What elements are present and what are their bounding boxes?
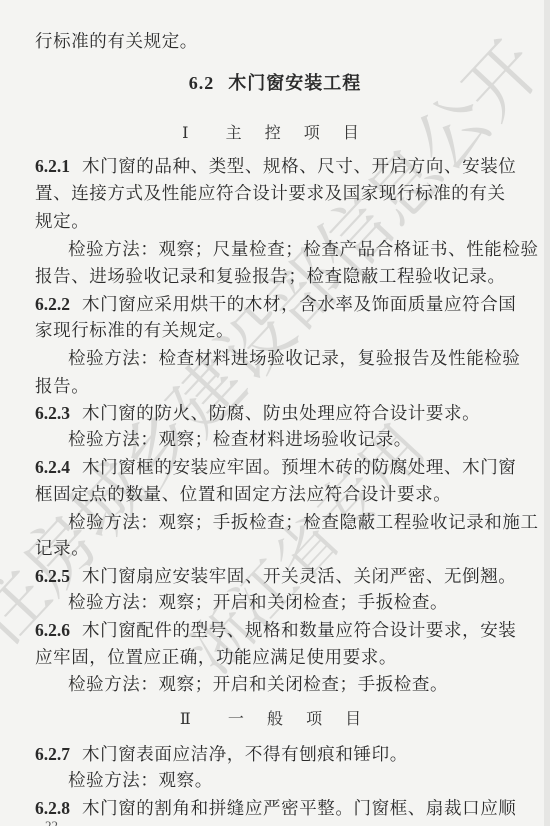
clause-6-2-5-method-1: 检验方法：观察；开启和关闭检查；手扳检查。 [68,592,548,614]
clause-number: 6.2.5 [35,566,70,586]
subsection-heading-general: Ⅱ 一 般 项 目 [0,706,550,729]
clause-6-2-4-method-1: 检验方法：观察；手扳检查；检查隐蔽工程验收记录和施工 [68,512,548,534]
clause-6-2-2-line-1: 6.2.2木门窗应采用烘干的木材，含水率及饰面质量应符合国 [35,293,515,316]
clause-6-2-6-line-1: 6.2.6木门窗配件的型号、规格和数量应符合设计要求，安装 [35,619,515,642]
clause-6-2-7-line-1: 6.2.7木门窗表面应洁净，不得有刨痕和锤印。 [35,743,515,766]
clause-6-2-4-line-1: 6.2.4木门窗框的安装应牢固。预埋木砖的防腐处理、木门窗 [35,456,515,479]
clause-number: 6.2.2 [35,294,70,314]
clause-6-2-5-line-1: 6.2.5木门窗扇应安装牢固、开关灵活、关闭严密、无倒翘。 [35,565,515,588]
clause-text: 木门窗框的安装应牢固。预埋木砖的防腐处理、木门窗 [82,458,516,478]
clause-6-2-7-method-1: 检验方法：观察。 [68,770,548,792]
lead-line: 行标准的有关规定。 [35,31,515,53]
section-heading: 6.2木门窗安装工程 [0,69,550,95]
clause-number: 6.2.3 [35,403,70,423]
clause-6-2-1-line-3: 规定。 [35,211,515,233]
clause-text: 木门窗应采用烘干的木材，含水率及饰面质量应符合国 [82,295,516,315]
clause-6-2-6-line-2: 应牢固，位置应正确，功能应满足使用要求。 [35,647,515,669]
clause-6-2-1-method-2: 报告、进场验收记录和复验报告；检查隐蔽工程验收记录。 [35,266,515,288]
document-page: 住房城乡建设部信息公开 浙江省专用 行标准的有关规定。 6.2木门窗安装工程 Ⅰ… [0,0,550,826]
clause-6-2-4-method-2: 记录。 [35,538,515,560]
page-number: 22 [45,818,58,826]
clause-6-2-3-line-1: 6.2.3木门窗的防火、防腐、防虫处理应符合设计要求。 [35,402,515,425]
clause-number: 6.2.8 [35,798,70,818]
subsection-roman: Ⅱ [180,709,200,728]
clause-6-2-2-method-2: 报告。 [35,376,515,398]
clause-text: 木门窗表面应洁净，不得有刨痕和锤印。 [82,745,408,765]
clause-6-2-1-line-1: 6.2.1木门窗的品种、类型、规格、尺寸、开启方向、安装位 [35,155,515,178]
clause-6-2-1-line-2: 置、连接方式及性能应符合设计要求及国家现行标准的有关 [35,183,515,205]
clause-6-2-8-line-1: 6.2.8木门窗的割角和拼缝应严密平整。门窗框、扇裁口应顺 [35,797,515,820]
clause-text: 木门窗的割角和拼缝应严密平整。门窗框、扇裁口应顺 [82,799,516,819]
clause-6-2-6-method-1: 检验方法：观察；开启和关闭检查；手扳检查。 [68,674,548,696]
subsection-heading-main-control: Ⅰ 主 控 项 目 [0,120,550,143]
clause-6-2-2-method-1: 检验方法：检查材料进场验收记录，复验报告及性能检验 [68,348,548,370]
clause-text: 木门窗的防火、防腐、防虫处理应符合设计要求。 [82,404,480,424]
section-title: 木门窗安装工程 [228,73,361,94]
clause-number: 6.2.7 [35,744,70,764]
clause-text: 木门窗扇应安装牢固、开关灵活、关闭严密、无倒翘。 [82,567,516,587]
subsection-title: 主 控 项 目 [226,123,368,142]
clause-6-2-4-line-2: 框固定点的数量、位置和固定方法应符合设计要求。 [35,484,515,506]
clause-number: 6.2.6 [35,620,70,640]
clause-number: 6.2.1 [35,156,70,176]
subsection-roman: Ⅰ [182,123,197,142]
clause-6-2-1-method-1: 检验方法：观察；尺量检查；检查产品合格证书、性能检验 [68,239,548,261]
page-edge [544,0,550,826]
clause-6-2-2-line-2: 家现行标准的有关规定。 [35,320,515,342]
clause-6-2-3-method-1: 检验方法：观察；检查材料进场验收记录。 [68,429,548,451]
clause-text: 木门窗的品种、类型、规格、尺寸、开启方向、安装位 [82,157,516,177]
clause-number: 6.2.4 [35,457,70,477]
section-number: 6.2 [189,73,215,93]
subsection-title: 一 般 项 目 [228,709,370,728]
clause-text: 木门窗配件的型号、规格和数量应符合设计要求，安装 [82,621,516,641]
